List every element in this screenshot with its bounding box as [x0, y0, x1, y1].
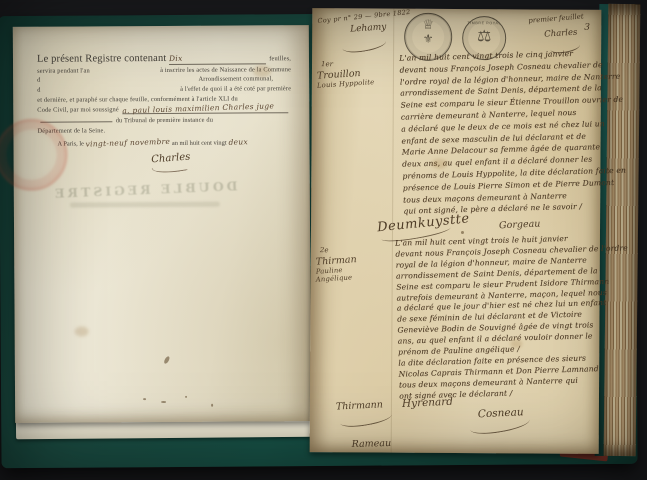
ink-speck — [163, 356, 170, 365]
blank-space — [93, 65, 157, 72]
birth-act-1-text: L'an mil huit cent vingt trois le cinq j… — [399, 47, 605, 218]
bleedthrough-title: DOUBLE REGISTRE — [38, 178, 252, 202]
witness-signature: Hyrenard — [402, 396, 454, 410]
form-line4-suffix: à l'effet de quoi il a été coté par prem… — [180, 84, 291, 94]
mayor-signature: Gorgeau — [499, 218, 541, 231]
fill-line — [40, 115, 112, 123]
scanned-register-photo: Le présent Registre contenant Dix feuill… — [0, 0, 647, 480]
archivist-signature: Lehamy — [350, 22, 387, 34]
birth-act-2-text: L'an mil huit cent vingt trois le huit j… — [395, 233, 601, 402]
form-line1-prefix: Le présent Registre contenant — [37, 54, 166, 64]
ink-speck — [461, 231, 464, 234]
foxing-stain — [510, 339, 522, 348]
foxing-stain — [253, 65, 271, 77]
right-page: Coy pr n° 29 — 9bre 1822 Lehamy ♕ ⚜ TIMB… — [310, 8, 602, 454]
form-line3-prefix: d — [37, 76, 40, 86]
handwritten-year-fill: deux — [228, 137, 248, 147]
form-line-1: Le présent Registre contenant Dix feuill… — [37, 53, 291, 65]
margin-entry-act1: 1er Trouillon Louis Hyppolite — [317, 60, 391, 87]
form-line2-prefix: servira pendant l'an — [37, 66, 90, 76]
handwritten-fill-dix: Dix — [169, 54, 183, 64]
judge-signature: Charles — [151, 151, 191, 174]
form-line7-suffix: du Tribunal de première instance du — [116, 116, 213, 126]
blank-space — [216, 114, 288, 121]
form-line6-prefix: Code Civil, par moi soussigné — [37, 105, 119, 115]
printed-register-header: Le présent Registre contenant Dix feuill… — [37, 53, 291, 136]
fill-line: a. paul louis maximilien Charles juge — [122, 105, 288, 114]
seated-figure-glyph: ⚖ — [463, 26, 505, 45]
crown-glyph: ♕ — [405, 18, 451, 33]
left-page: Le présent Registre contenant Dix feuill… — [13, 25, 311, 423]
dated-at-paris-line: A Paris, le vingt-neuf novembre an mil h… — [57, 137, 247, 147]
form-line1-suffix: feuilles, — [269, 54, 291, 64]
ink-speck — [211, 404, 213, 407]
ink-speck — [161, 401, 166, 403]
bleedthrough-line — [70, 202, 220, 208]
stamp-rim-text: TIMBRE ROYAL — [463, 21, 505, 25]
foxing-stain — [431, 159, 447, 169]
date-mid: an mil huit cent vingt — [172, 140, 227, 147]
act1-signatures: Deumkuystte Gorgeau — [377, 212, 470, 232]
form-line3-suffix: Arrondissement communal, — [198, 75, 291, 85]
judge-countersignature: Charles — [544, 28, 578, 40]
foxing-stain — [75, 326, 89, 336]
premier-feuillet-note: premier feuillet — [528, 12, 584, 24]
margin-entry-act2: 2e Thirman Pauline Angélique — [316, 246, 390, 281]
fill-line: Dix — [169, 56, 266, 65]
signature-flourish — [341, 35, 387, 55]
form-line-6: Code Civil, par moi soussigné a. paul lo… — [37, 104, 291, 115]
emblem-glyph: ⚜ — [405, 32, 451, 46]
ink-speck — [143, 398, 146, 400]
handwritten-date: vingt-neuf novembre — [85, 137, 170, 149]
witness-signature-below: Rameau — [352, 438, 392, 450]
red-wax-stamp-icon — [0, 119, 68, 191]
ink-speck — [185, 396, 187, 398]
archivist-note: Coy pr n° 29 — 9bre 1822 — [317, 8, 411, 25]
page-number: 3 — [584, 23, 590, 33]
form-line-8: Département de la Seine. — [37, 125, 291, 136]
form-line4-prefix: d — [37, 86, 40, 96]
